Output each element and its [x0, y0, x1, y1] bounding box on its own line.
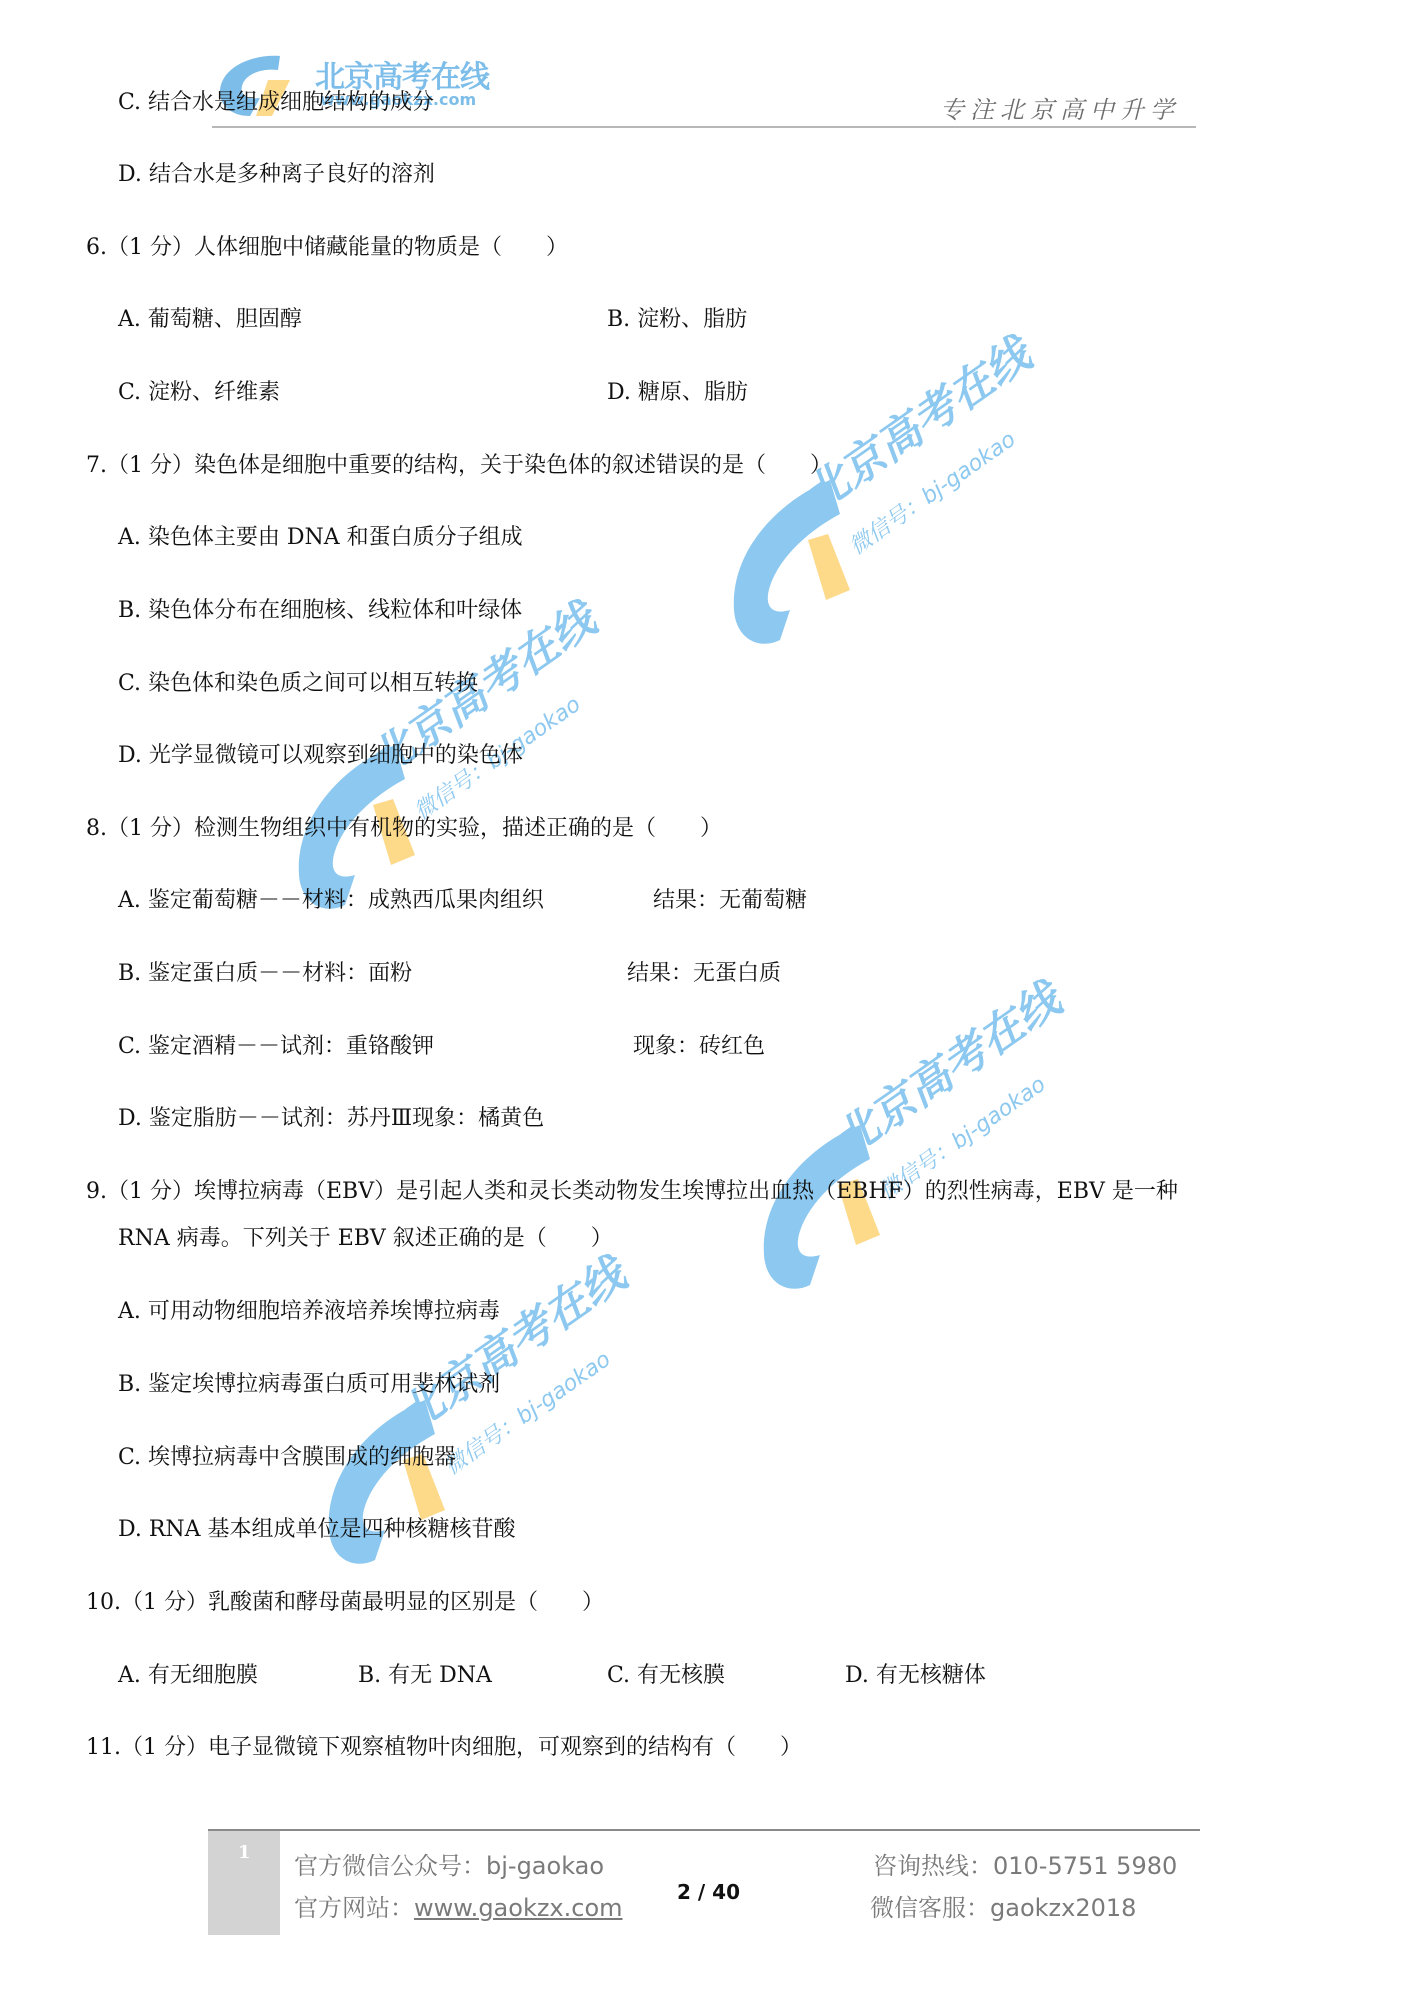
option-c: C. 淀粉、纤维素	[118, 378, 280, 408]
header-slogan: 专注北京高中升学	[940, 90, 1180, 125]
option-d: D. 结合水是多种离子良好的溶剂	[118, 160, 435, 190]
footer-box-number: 1	[238, 1842, 251, 1863]
footer-wechat: 官方微信公众号：bj-gaokao	[294, 1846, 604, 1881]
option-b: B. 淀粉、脂肪	[607, 305, 747, 335]
option-c: C. 埃博拉病毒中含膜围成的细胞器	[118, 1443, 456, 1473]
option-d: D. 糖原、脂肪	[607, 378, 748, 408]
question-7-stem: 7.（1 分）染色体是细胞中重要的结构，关于染色体的叙述错误的是（ ）	[86, 451, 832, 481]
gk-watermark-icon	[750, 1115, 910, 1315]
question-8-stem: 8.（1 分）检测生物组织中有机物的实验，描述正确的是（ ）	[86, 814, 722, 844]
option-d: D. 有无核糖体	[845, 1661, 986, 1691]
page-number: 2 / 40	[677, 1880, 740, 1904]
footer-divider	[208, 1829, 1200, 1831]
question-6-stem: 6.（1 分）人体细胞中储藏能量的物质是（ ）	[86, 233, 568, 263]
option-d: D. RNA 基本组成单位是四种核糖核苷酸	[118, 1515, 516, 1545]
watermark: 北京高考在线 微信号：bj-gaokao	[720, 400, 1140, 660]
option-b: B. 鉴定蛋白质－－材料：面粉	[118, 959, 412, 989]
gk-watermark-icon	[720, 470, 880, 670]
question-10-stem: 10.（1 分）乳酸菌和酵母菌最明显的区别是（ ）	[86, 1588, 604, 1618]
website-link[interactable]: www.gaokzx.com	[414, 1894, 623, 1922]
option-a: A. 有无细胞膜	[118, 1661, 258, 1691]
option-c-result: 现象：砖红色	[633, 1032, 765, 1062]
option-a: A. 染色体主要由 DNA 和蛋白质分子组成	[118, 523, 523, 553]
question-9-stem-line2: RNA 病毒。下列关于 EBV 叙述正确的是（ ）	[118, 1224, 613, 1254]
header-divider	[212, 126, 1196, 128]
option-b: B. 鉴定埃博拉病毒蛋白质可用斐林试剂	[118, 1370, 500, 1400]
option-a: A. 鉴定葡萄糖－－材料：成熟西瓜果肉组织	[118, 886, 544, 916]
watermark: 北京高考在线 微信号：bj-gaokao	[750, 1045, 1170, 1305]
option-b-result: 结果：无蛋白质	[627, 959, 781, 989]
option-c: C. 染色体和染色质之间可以相互转换	[118, 669, 478, 699]
option-c: C. 鉴定酒精－－试剂：重铬酸钾	[118, 1032, 434, 1062]
option-c: C. 结合水是组成细胞结构的成分	[118, 88, 434, 118]
footer-website: 官方网站：www.gaokzx.com	[294, 1888, 623, 1923]
option-c: C. 有无核膜	[607, 1661, 725, 1691]
question-11-stem: 11.（1 分）电子显微镜下观察植物叶肉细胞，可观察到的结构有（ ）	[86, 1733, 802, 1763]
question-9-stem: 9.（1 分）埃博拉病毒（EBV）是引起人类和灵长类动物发生埃博拉出血热（EBH…	[86, 1177, 1178, 1207]
option-a: A. 葡萄糖、胆固醇	[118, 305, 302, 335]
option-b: B. 有无 DNA	[358, 1661, 492, 1691]
option-a-result: 结果：无葡萄糖	[653, 886, 807, 916]
option-b: B. 染色体分布在细胞核、线粒体和叶绿体	[118, 596, 522, 626]
footer-hotline: 咨询热线：010-5751 5980	[873, 1846, 1177, 1881]
option-d: D. 鉴定脂肪－－试剂：苏丹Ⅲ现象：橘黄色	[118, 1104, 544, 1134]
footer-service: 微信客服：gaokzx2018	[870, 1888, 1136, 1923]
option-d: D. 光学显微镜可以观察到细胞中的染色体	[118, 741, 523, 771]
option-a: A. 可用动物细胞培养液培养埃博拉病毒	[118, 1297, 500, 1327]
gk-watermark-icon	[315, 1390, 475, 1590]
